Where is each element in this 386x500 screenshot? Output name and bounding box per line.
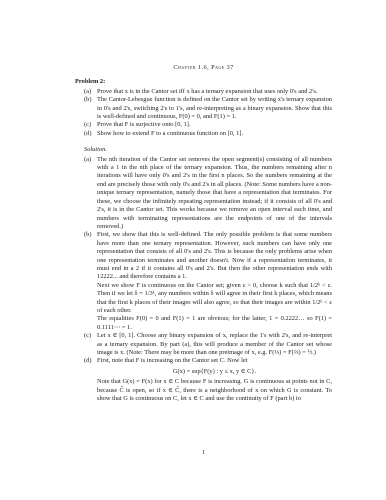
solution-item: (a)The nth iteration of the Cantor set r… [84,156,332,232]
paragraph: Let x ∈ [0, 1]. Choose any binary expans… [97,332,332,357]
item-marker: (a) [84,156,97,164]
display-equation: G(x) = sup{F(y) : y ≤ x, y ∈ C}. [97,368,332,376]
paragraph: The equalities F(0) = 0 and F(1) = 1 are… [97,315,332,332]
problem-item: (b)The Cantor-Lebesgue function is defin… [84,96,332,121]
item-body: Let x ∈ [0, 1]. Choose any binary expans… [97,332,332,357]
item-body: The nth iteration of the Cantor set remo… [97,156,332,232]
paragraph: First, we show that this is well-defined… [97,231,332,281]
problem-items: (a)Prove that x is in the Cantor set iff… [84,88,332,138]
solution-label: Solution. [84,146,332,154]
paragraph: Next we show F is continuous on the Cant… [97,282,332,316]
problem-label: Problem 2: [75,78,332,86]
solution-items: (a)The nth iteration of the Cantor set r… [84,156,332,404]
paragraph: The nth iteration of the Cantor set remo… [97,156,332,232]
problem-item: (a)Prove that x is in the Cantor set iff… [84,88,332,96]
solution-item: (d)First, note that F is increasing on t… [84,357,332,403]
paragraph: Note that G(x) = F(x) for x ∈ C because … [97,378,332,403]
item-body: First, note that F is increasing on the … [97,357,332,403]
problem-item: (c)Prove that F is surjective onto [0, 1… [84,121,332,129]
item-body: First, we show that this is well-defined… [97,231,332,332]
item-marker: (b) [84,231,97,239]
chapter-header: Chapter 1.6, Page 37 [75,64,332,72]
item-marker: (d) [84,357,97,365]
item-marker: (d) [84,130,97,138]
solution-item: (c)Let x ∈ [0, 1]. Choose any binary exp… [84,332,332,357]
item-marker: (c) [84,332,97,340]
problem-item: (d)Show how to extend F to a continuous … [84,130,332,138]
paragraph: First, note that F is increasing on the … [97,357,332,365]
page-content: Chapter 1.6, Page 37 Problem 2: (a)Prove… [75,64,332,403]
item-text: Show how to extend F to a continuous fun… [97,130,332,138]
item-text: The Cantor-Lebesgue function is defined … [97,96,332,121]
document-page: Chapter 1.6, Page 37 Problem 2: (a)Prove… [0,0,386,500]
item-text: Prove that x is in the Cantor set iff x … [97,88,332,96]
solution-item: (b)First, we show that this is well-defi… [84,231,332,332]
item-marker: (a) [84,88,97,96]
item-text: Prove that F is surjective onto [0, 1]. [97,121,332,129]
item-marker: (c) [84,121,97,129]
page-number: 1 [75,449,332,456]
item-marker: (b) [84,96,97,104]
